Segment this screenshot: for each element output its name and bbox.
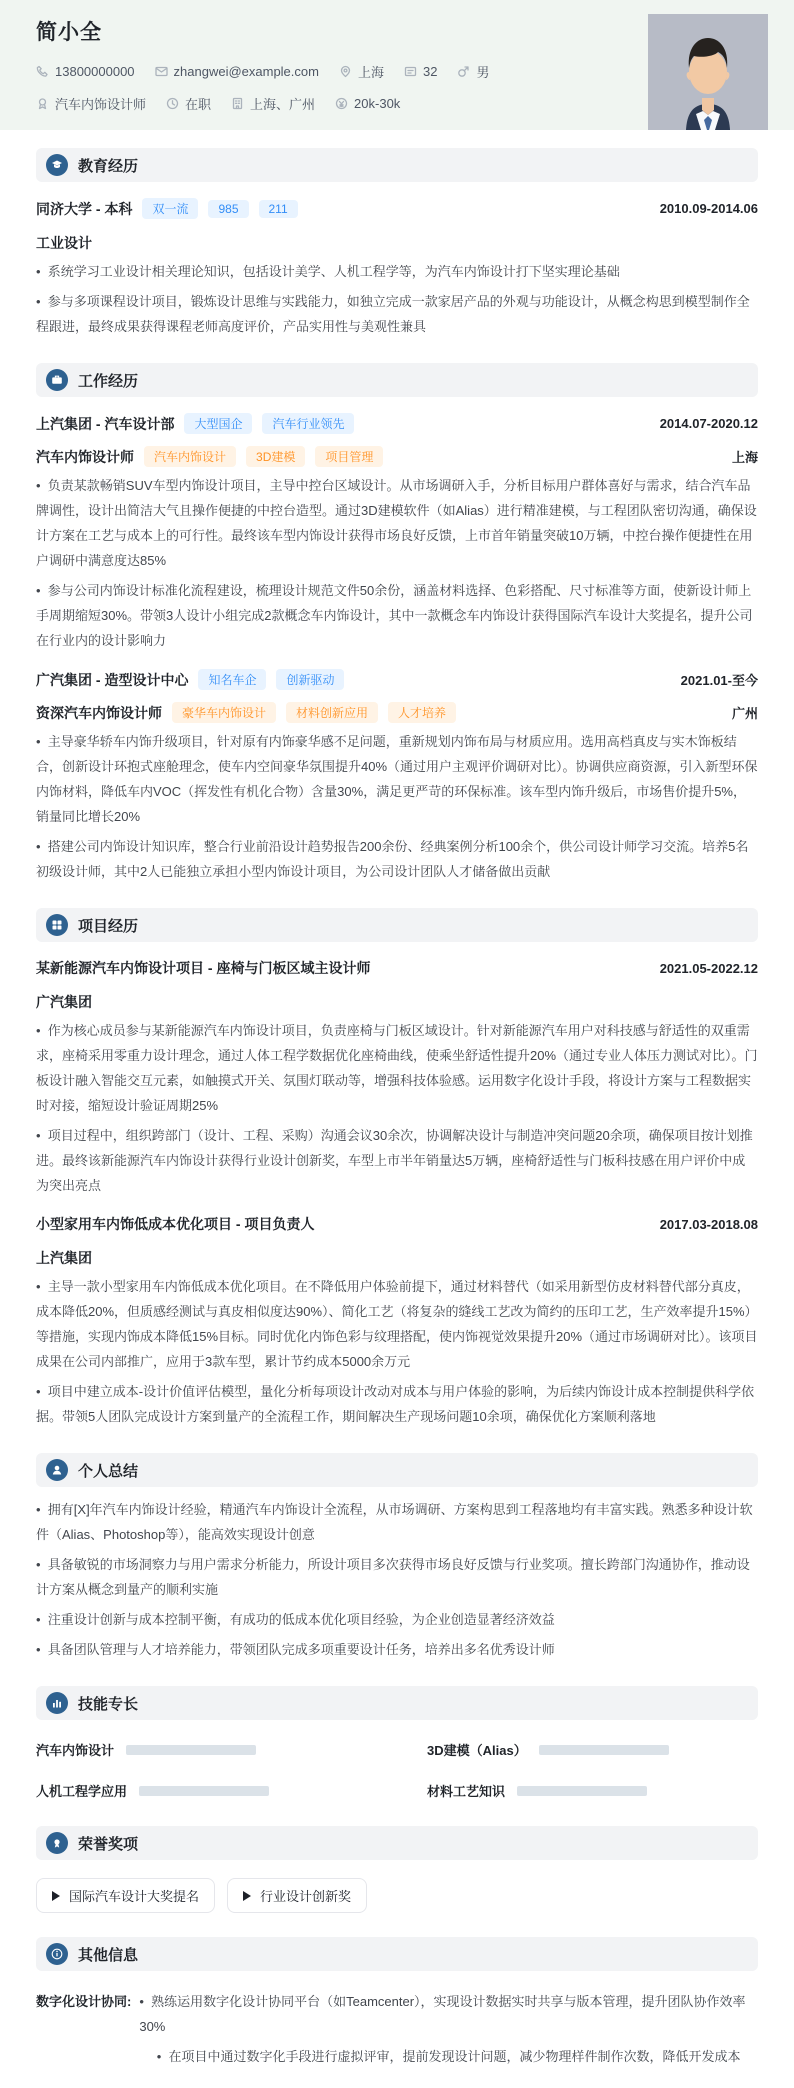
work-entry: 上汽集团 - 汽车设计部 大型国企 汽车行业领先 2014.07-2020.12… <box>36 413 758 653</box>
bullet-item: 参与公司内饰设计标准化流程建设，梳理设计规范文件50余份，涵盖材料选择、色彩搭配… <box>36 578 758 653</box>
school-badge: 211 <box>259 200 298 218</box>
bullet-item: 系统学习工业设计相关理论知识，包括设计美学、人机工程学等，为汽车内饰设计打下坚实… <box>36 259 758 284</box>
section-honors: 荣誉奖项 国际汽车设计大奖提名 行业设计创新奖 <box>36 1826 758 1913</box>
skill-bar <box>517 1786 647 1796</box>
gender-item: 男 <box>457 62 489 81</box>
honors-section-bar: 荣誉奖项 <box>36 1826 758 1860</box>
phone-item: 13800000000 <box>36 64 135 79</box>
job-title-item: 汽车内饰设计师 <box>36 94 146 113</box>
location-icon <box>339 65 352 78</box>
project-company: 广汽集团 <box>36 992 758 1012</box>
job-title-value: 汽车内饰设计师 <box>55 94 146 113</box>
bullet-item: 在项目中通过数字化手段进行虚拟评审，提前发现设计问题，减少物理样件制作次数，降低… <box>157 2044 741 2069</box>
role-tag: 项目管理 <box>315 446 383 467</box>
role-name: 资深汽车内饰设计师 <box>36 703 162 723</box>
project-date: 2021.05-2022.12 <box>660 961 758 976</box>
building-icon <box>231 97 244 110</box>
projects-section-bar: 项目经历 <box>36 908 758 942</box>
skills-grid: 汽车内饰设计 3D建模（Alias） 人机工程学应用 材料工艺知识 <box>36 1740 758 1802</box>
section-title: 技能专长 <box>78 1693 138 1714</box>
salary-value: 20k-30k <box>354 96 400 111</box>
work-date: 2021.01-至今 <box>681 670 758 689</box>
role-tag: 3D建模 <box>246 446 305 467</box>
company-badge: 创新驱动 <box>276 669 344 690</box>
section-summary: 个人总结 拥有[X]年汽车内饰设计经验，精通汽车内饰设计全流程，从市场调研、方案… <box>36 1453 758 1662</box>
graduation-cap-icon <box>46 154 68 176</box>
bullet-item: 注重设计创新与成本控制平衡，有成功的低成本优化项目经验，为企业创造显著经济效益 <box>36 1607 758 1632</box>
bullet-item: 具备敏锐的市场洞察力与用户需求分析能力，所设计项目多次获得市场良好反馈与行业奖项… <box>36 1552 758 1602</box>
skill-item: 材料工艺知识 <box>427 1781 758 1800</box>
company-badge: 知名车企 <box>198 669 266 690</box>
skill-item: 人机工程学应用 <box>36 1781 367 1800</box>
project-date: 2017.03-2018.08 <box>660 1217 758 1232</box>
bullet-item: 项目中建立成本-设计价值评估模型，量化分析每项设计改动对成本与用户体验的影响，为… <box>36 1379 758 1429</box>
skill-bar <box>139 1786 269 1796</box>
company-badge: 大型国企 <box>184 413 252 434</box>
work-entry: 广汽集团 - 造型设计中心 知名车企 创新驱动 2021.01-至今 资深汽车内… <box>36 669 758 884</box>
age-value: 32 <box>423 64 437 79</box>
project-title-row: 某新能源汽车内饰设计项目 - 座椅与门板区域主设计师 2021.05-2022.… <box>36 958 758 978</box>
project-company: 上汽集团 <box>36 1248 758 1268</box>
company-badge: 汽车行业领先 <box>262 413 354 434</box>
play-icon <box>52 1891 60 1901</box>
school-name: 同济大学 - 本科 <box>36 199 132 219</box>
avatar <box>648 14 768 130</box>
project-entry: 某新能源汽车内饰设计项目 - 座椅与门板区域主设计师 2021.05-2022.… <box>36 958 758 1198</box>
skill-item: 汽车内饰设计 <box>36 1740 367 1759</box>
resume-header: 简小全 13800000000 zhangwei@example.com 上海 <box>0 0 794 130</box>
email-item: zhangwei@example.com <box>155 64 319 79</box>
grid-icon <box>46 914 68 936</box>
work-role-row: 资深汽车内饰设计师 豪华车内饰设计 材料创新应用 人才培养 广州 <box>36 702 758 723</box>
project-title-row: 小型家用车内饰低成本优化项目 - 项目负责人 2017.03-2018.08 <box>36 1214 758 1234</box>
school-badge: 985 <box>208 200 248 218</box>
work-company-row: 广汽集团 - 造型设计中心 知名车企 创新驱动 2021.01-至今 <box>36 669 758 690</box>
section-title: 荣誉奖项 <box>78 1833 138 1854</box>
job-status-item: 在职 <box>166 94 211 113</box>
briefcase-icon <box>46 369 68 391</box>
education-date: 2010.09-2014.06 <box>660 201 758 216</box>
work-bullets: 主导豪华轿车内饰升级项目，针对原有内饰豪华感不足问题，重新规划内饰布局与材质应用… <box>36 729 758 884</box>
section-projects: 项目经历 某新能源汽车内饰设计项目 - 座椅与门板区域主设计师 2021.05-… <box>36 908 758 1429</box>
salary-icon <box>335 97 348 110</box>
bullet-item: 作为核心成员参与某新能源汽车内饰设计项目，负责座椅与门板区域设计。针对新能源汽车… <box>36 1018 758 1118</box>
major-name: 工业设计 <box>36 233 758 253</box>
education-section-bar: 教育经历 <box>36 148 758 182</box>
info-icon <box>46 1943 68 1965</box>
bullet-item: 负责某款畅销SUV车型内饰设计项目，主导中控台区域设计。从市场调研入手，分析目标… <box>36 473 758 573</box>
company-name: 广汽集团 - 造型设计中心 <box>36 670 188 690</box>
work-company-row: 上汽集团 - 汽车设计部 大型国企 汽车行业领先 2014.07-2020.12 <box>36 413 758 434</box>
gender-icon <box>457 65 470 78</box>
work-date: 2014.07-2020.12 <box>660 416 758 431</box>
project-name: 小型家用车内饰低成本优化项目 - 项目负责人 <box>36 1214 314 1234</box>
role-tag: 材料创新应用 <box>286 702 378 723</box>
work-location: 上海 <box>732 447 758 466</box>
project-bullets: 作为核心成员参与某新能源汽车内饰设计项目，负责座椅与门板区域设计。针对新能源汽车… <box>36 1018 758 1198</box>
section-title: 教育经历 <box>78 155 138 176</box>
summary-bullets: 拥有[X]年汽车内饰设计经验，精通汽车内饰设计全流程，从市场调研、方案构思到工程… <box>36 1497 758 1662</box>
status-icon <box>166 97 179 110</box>
resume-page: 简小全 13800000000 zhangwei@example.com 上海 <box>0 0 794 2088</box>
role-tag: 汽车内饰设计 <box>144 446 236 467</box>
work-location: 广州 <box>732 703 758 722</box>
phone-value: 13800000000 <box>55 64 135 79</box>
person-icon <box>46 1459 68 1481</box>
project-bullets: 主导一款小型家用车内饰低成本优化项目。在不降低用户体验前提下，通过材料替代（如采… <box>36 1274 758 1429</box>
resume-body: 教育经历 同济大学 - 本科 双一流 985 211 2010.09-2014.… <box>0 130 794 2088</box>
role-tag: 豪华车内饰设计 <box>172 702 276 723</box>
skill-label: 3D建模（Alias） <box>427 1740 527 1759</box>
award-label: 国际汽车设计大奖提名 <box>69 1886 199 1905</box>
other-label: 数字化设计协同: <box>36 1989 131 2074</box>
age-item: 32 <box>404 64 437 79</box>
bullet-item: 主导一款小型家用车内饰低成本优化项目。在不降低用户体验前提下，通过材料替代（如采… <box>36 1274 758 1374</box>
play-icon <box>243 1891 251 1901</box>
award-label: 行业设计创新奖 <box>260 1886 351 1905</box>
other-bullets: 熟练运用数字化设计协同平台（如Teamcenter），实现设计数据实时共享与版本… <box>139 1989 758 2074</box>
section-education: 教育经历 同济大学 - 本科 双一流 985 211 2010.09-2014.… <box>36 148 758 339</box>
summary-section-bar: 个人总结 <box>36 1453 758 1487</box>
bottom-spacer <box>36 2074 758 2088</box>
education-bullets: 系统学习工业设计相关理论知识，包括设计美学、人机工程学等，为汽车内饰设计打下坚实… <box>36 259 758 339</box>
section-work: 工作经历 上汽集团 - 汽车设计部 大型国企 汽车行业领先 2014.07-20… <box>36 363 758 884</box>
work-section-bar: 工作经历 <box>36 363 758 397</box>
skill-item: 3D建模（Alias） <box>427 1740 758 1759</box>
email-value: zhangwei@example.com <box>174 64 319 79</box>
work-role-row: 汽车内饰设计师 汽车内饰设计 3D建模 项目管理 上海 <box>36 446 758 467</box>
section-title: 其他信息 <box>78 1944 138 1965</box>
skill-label: 材料工艺知识 <box>427 1781 505 1800</box>
skills-section-bar: 技能专长 <box>36 1686 758 1720</box>
bullet-item: 参与多项课程设计项目，锻炼设计思维与实践能力，如独立完成一款家居产品的外观与功能… <box>36 289 758 339</box>
section-other: 其他信息 数字化设计协同: 熟练运用数字化设计协同平台（如Teamcenter）… <box>36 1937 758 2074</box>
target-cities-value: 上海、广州 <box>250 94 315 113</box>
bullet-item: 拥有[X]年汽车内饰设计经验，精通汽车内饰设计全流程，从市场调研、方案构思到工程… <box>36 1497 758 1547</box>
city-item: 上海 <box>339 62 384 81</box>
skill-bar <box>539 1745 669 1755</box>
skill-label: 汽车内饰设计 <box>36 1740 114 1759</box>
work-bullets: 负责某款畅销SUV车型内饰设计项目，主导中控台区域设计。从市场调研入手，分析目标… <box>36 473 758 653</box>
company-name: 上汽集团 - 汽车设计部 <box>36 414 174 434</box>
project-name: 某新能源汽车内饰设计项目 - 座椅与门板区域主设计师 <box>36 958 370 978</box>
role-name: 汽车内饰设计师 <box>36 447 134 467</box>
email-icon <box>155 65 168 78</box>
target-cities-item: 上海、广州 <box>231 94 315 113</box>
section-skills: 技能专长 汽车内饰设计 3D建模（Alias） 人机工程学应用 材料工艺知识 <box>36 1686 758 1802</box>
age-icon <box>404 65 417 78</box>
gender-value: 男 <box>476 62 489 81</box>
salary-item: 20k-30k <box>335 96 400 111</box>
other-section-bar: 其他信息 <box>36 1937 758 1971</box>
education-entry-header: 同济大学 - 本科 双一流 985 211 2010.09-2014.06 <box>36 198 758 219</box>
section-title: 项目经历 <box>78 915 138 936</box>
section-title: 工作经历 <box>78 370 138 391</box>
medal-icon <box>46 1832 68 1854</box>
bullet-item: 主导豪华轿车内饰升级项目，针对原有内饰豪华感不足问题，重新规划内饰布局与材质应用… <box>36 729 758 829</box>
bullet-item: 项目过程中，组织跨部门（设计、工程、采购）沟通会议30余次，协调解决设计与制造冲… <box>36 1123 758 1198</box>
skill-label: 人机工程学应用 <box>36 1781 127 1800</box>
phone-icon <box>36 65 49 78</box>
badge-icon <box>36 97 49 110</box>
bullet-item: 搭建公司内饰设计知识库，整合行业前沿设计趋势报告200余份、经典案例分析100余… <box>36 834 758 884</box>
bullet-item: 具备团队管理与人才培养能力，带领团队完成多项重要设计任务，培养出多名优秀设计师 <box>36 1637 758 1662</box>
project-entry: 小型家用车内饰低成本优化项目 - 项目负责人 2017.03-2018.08 上… <box>36 1214 758 1429</box>
job-status-value: 在职 <box>185 94 211 113</box>
bullet-item: 熟练运用数字化设计协同平台（如Teamcenter），实现设计数据实时共享与版本… <box>139 1989 758 2039</box>
role-tag: 人才培养 <box>388 702 456 723</box>
skill-bar <box>126 1745 256 1755</box>
bar-chart-icon <box>46 1692 68 1714</box>
section-title: 个人总结 <box>78 1460 138 1481</box>
school-badge: 双一流 <box>142 198 198 219</box>
other-info-row: 数字化设计协同: 熟练运用数字化设计协同平台（如Teamcenter），实现设计… <box>36 1989 758 2074</box>
city-value: 上海 <box>358 62 384 81</box>
